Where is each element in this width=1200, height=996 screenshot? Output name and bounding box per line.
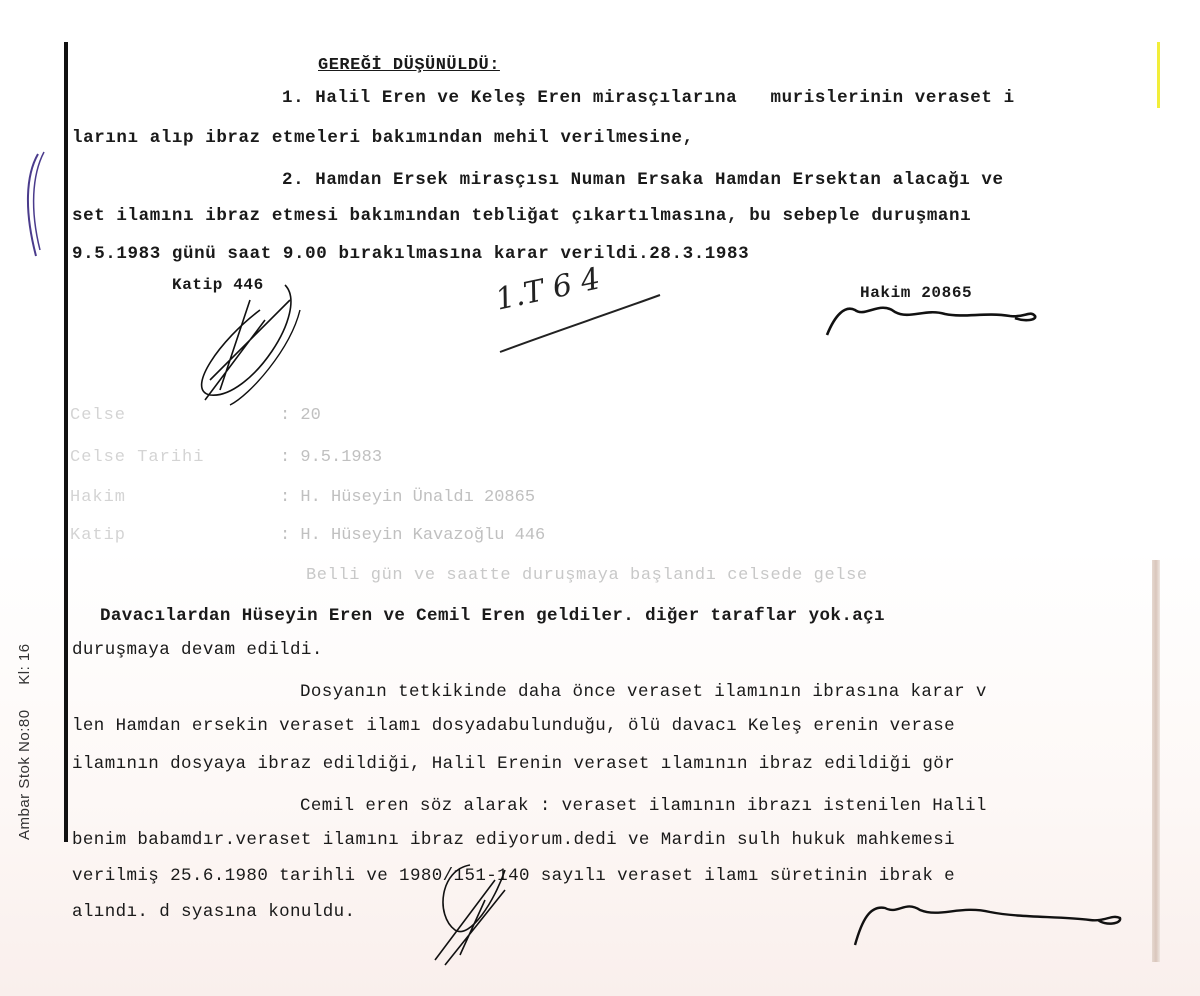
session-field-value: : 20 (280, 406, 321, 425)
session-field: Celse Tarihi : 9.5.1983 (70, 448, 382, 467)
session-field-value: : H. Hüseyin Kavazoğlu 446 (280, 526, 545, 545)
clerk-signature-icon (190, 280, 320, 410)
session-field-label: Hakim (70, 488, 280, 507)
body-line: Davacılardan Hüseyin Eren ve Cemil Eren … (100, 606, 885, 626)
highlighter-mark (1157, 42, 1160, 108)
session-field: Celse : 20 (70, 406, 321, 425)
body-line: alındı. d syasına konuldu. (72, 902, 355, 922)
bottom-clerk-signature-icon (425, 860, 525, 970)
left-margin-rule (64, 42, 68, 842)
decision-line: 2. Hamdan Ersek mirasçısı Numan Ersaka H… (282, 170, 1004, 190)
body-line: len Hamdan ersekin veraset ilamı dosyada… (72, 716, 955, 736)
decision-line: set ilamını ibraz etmesi bakımından tebl… (72, 206, 971, 226)
session-field-label: Katip (70, 526, 280, 545)
session-field-label: Celse (70, 406, 280, 425)
decision-heading: GEREĞİ DÜŞÜNÜLDÜ: (318, 56, 500, 75)
margin-stamp: Ambar Stok No:80 Kl: 16 (16, 623, 33, 840)
bottom-judge-signature-icon (850, 890, 1130, 950)
session-field: Katip : H. Hüseyin Kavazoğlu 446 (70, 526, 545, 545)
session-field-value: : 9.5.1983 (280, 448, 382, 467)
margin-bracket-mark (16, 150, 46, 260)
faded-session-line: Belli gün ve saatte duruşmaya başlandı c… (306, 566, 868, 585)
body-line: ilamının dosyaya ibraz edildiği, Halil E… (72, 754, 955, 774)
paper-edge-shadow (1152, 560, 1160, 962)
margin-stamp-kl: Kl: 16 (16, 643, 33, 684)
body-line: duruşmaya devam edildi. (72, 640, 323, 660)
decision-line: 9.5.1983 günü saat 9.00 bırakılmasına ka… (72, 244, 749, 264)
body-line: Dosyanın tetkikinde daha önce veraset il… (300, 682, 987, 702)
margin-stamp-stock: Ambar Stok No:80 (16, 709, 33, 840)
handwritten-underline (495, 290, 665, 360)
body-line: benim babamdır.veraset ilamını ibraz edi… (72, 830, 955, 850)
body-line: Cemil eren söz alarak : veraset ilamının… (300, 796, 987, 816)
decision-line: 1. Halil Eren ve Keleş Eren mirasçıların… (282, 88, 1015, 108)
session-field-value: : H. Hüseyin Ünaldı 20865 (280, 488, 535, 507)
scanned-court-document: Ambar Stok No:80 Kl: 16 GEREĞİ DÜŞÜNÜLDÜ… (0, 0, 1200, 996)
session-field: Hakim : H. Hüseyin Ünaldı 20865 (70, 488, 535, 507)
decision-line: larını alıp ibraz etmeleri bakımından me… (72, 128, 694, 148)
judge-signature-icon (825, 290, 1045, 340)
session-field-label: Celse Tarihi (70, 448, 280, 467)
